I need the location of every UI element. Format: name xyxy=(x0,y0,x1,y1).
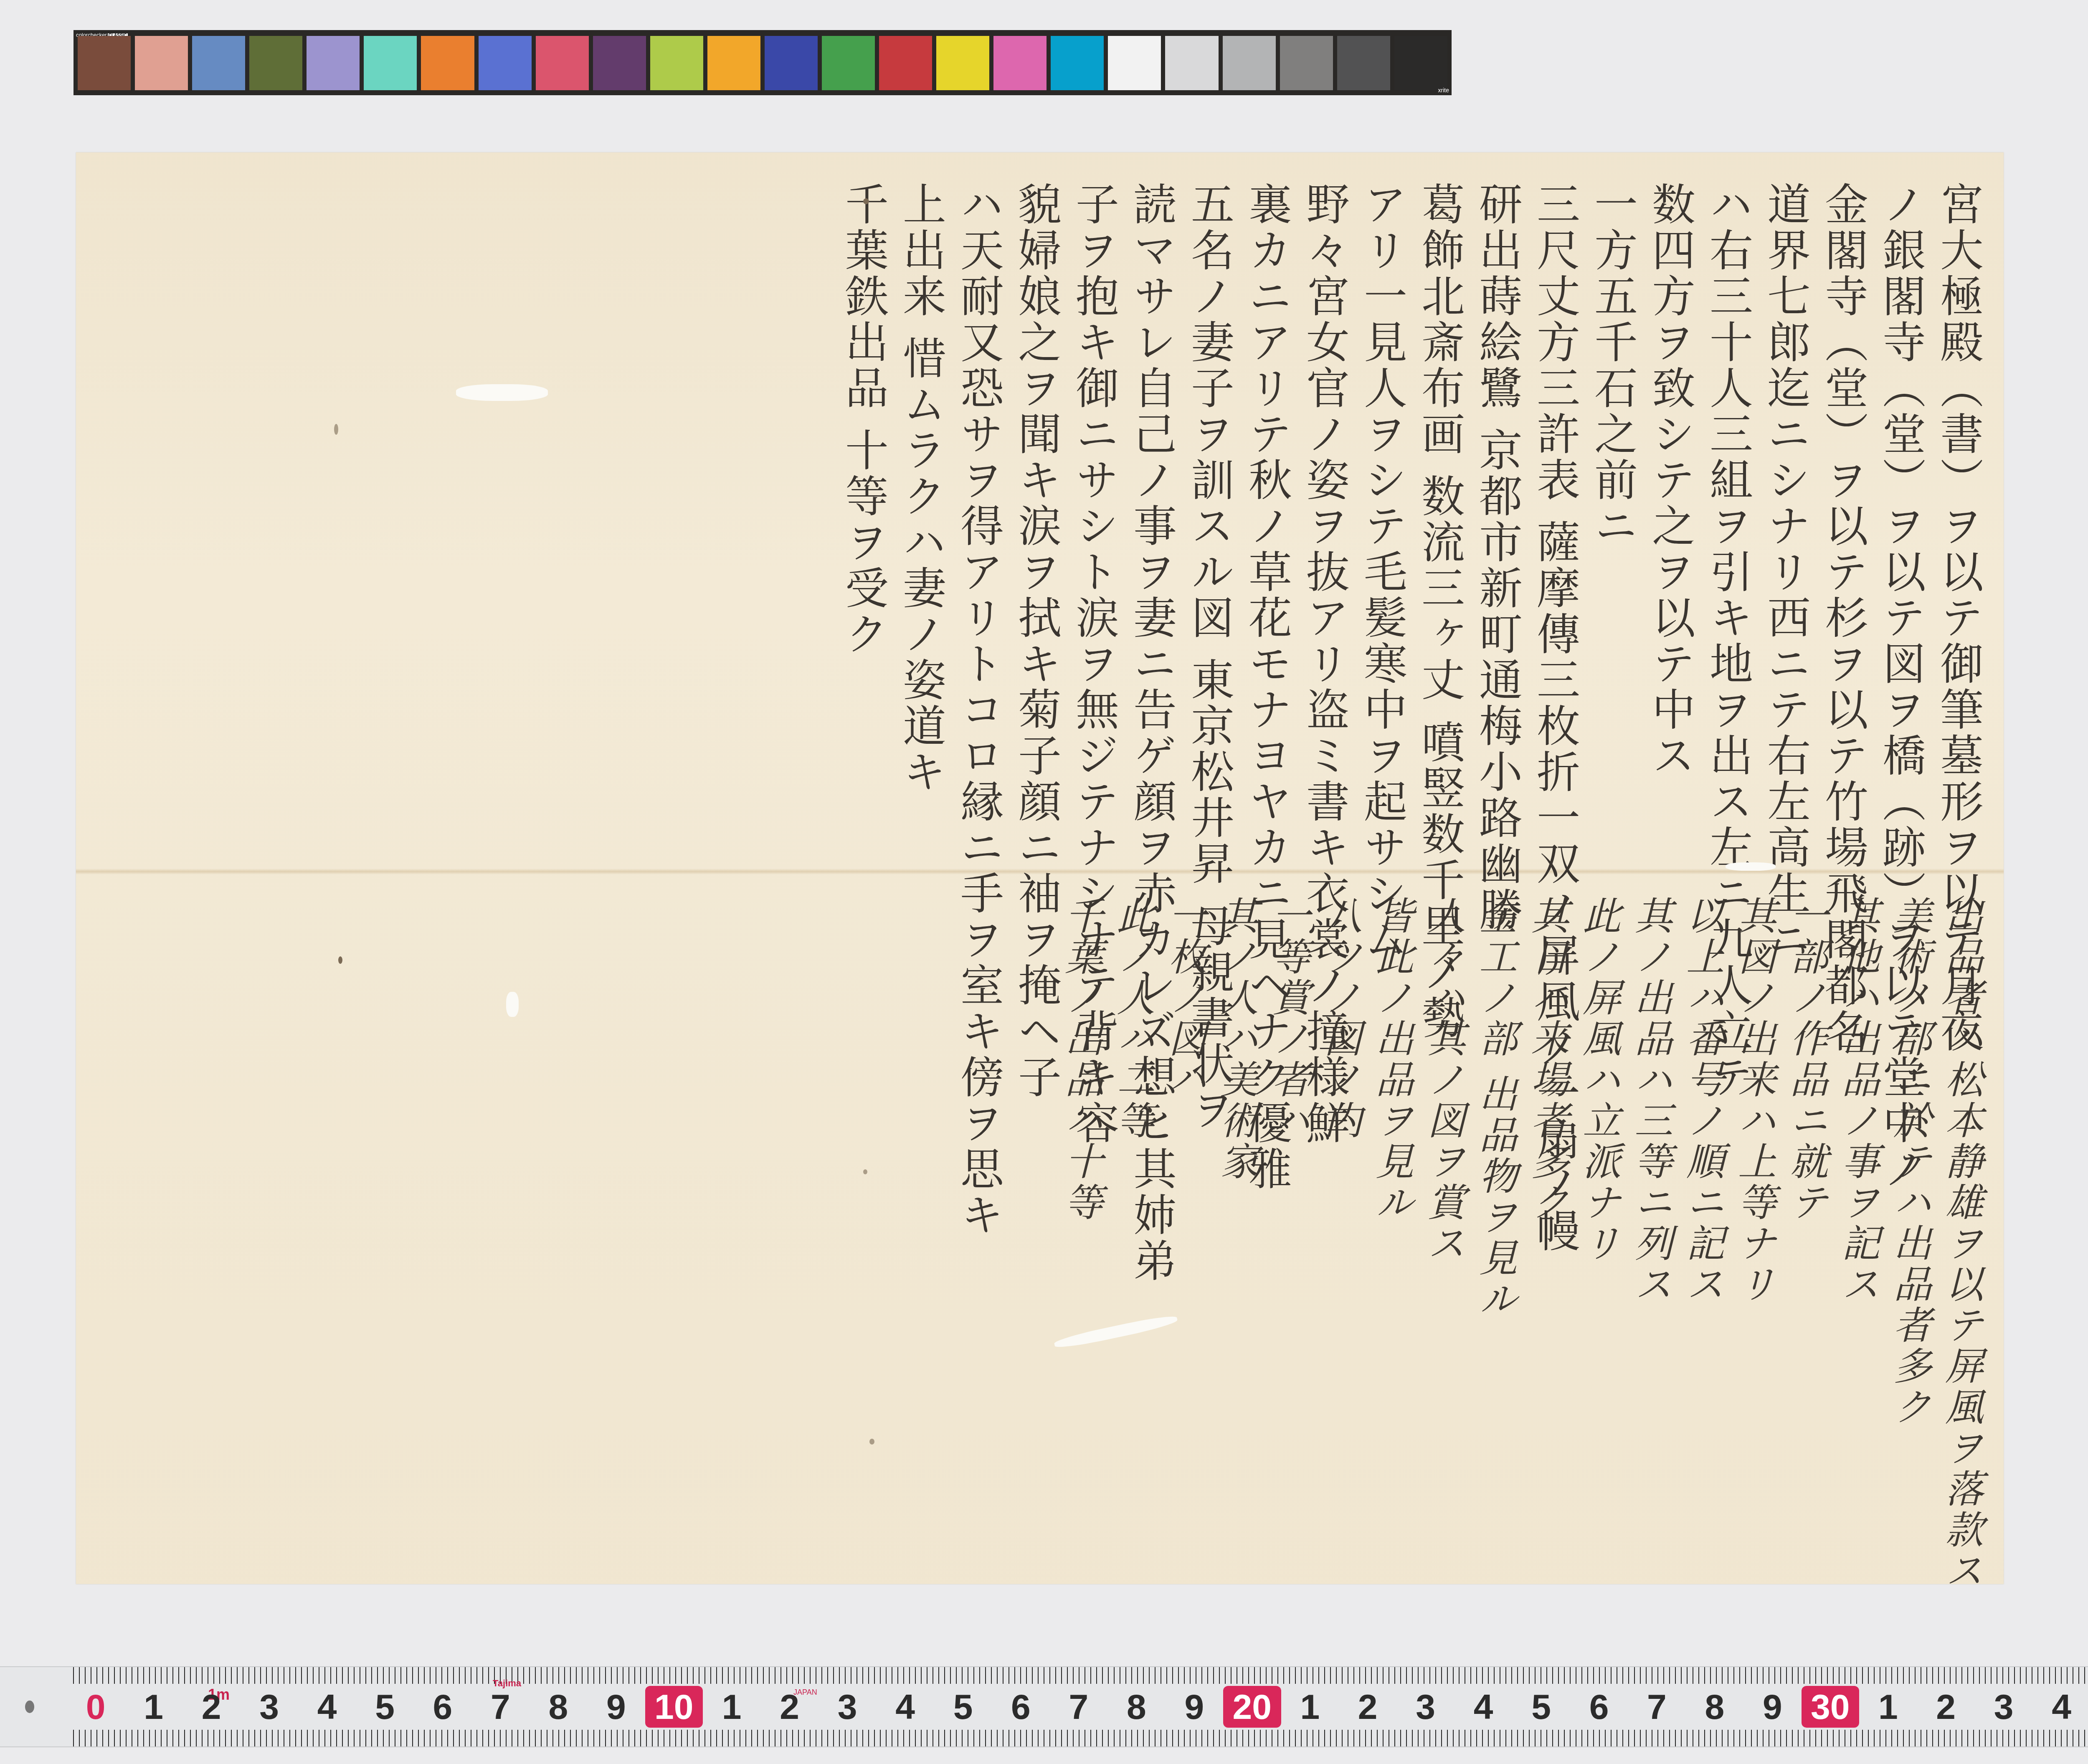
text-column: 子ヲ抱キ御ニサシト涙ヲ無ジテナシナテ背キ容 xyxy=(1065,182,1123,833)
color-patch xyxy=(307,36,360,90)
color-patches xyxy=(78,36,1447,90)
text-column: 一等賞ノ者ハ xyxy=(1262,896,1314,1564)
tape-number: 4 xyxy=(876,1686,934,1728)
text-column: ハ天耐又恐サヲ得アリトコロ縁ニ手ヲ室キ傍ヲ思キ xyxy=(950,182,1007,833)
tape-hook-hole xyxy=(25,1701,34,1713)
tape-number: 7 xyxy=(471,1686,529,1728)
ink-speck xyxy=(863,198,869,204)
tape-number: 4 xyxy=(298,1686,356,1728)
color-patch xyxy=(593,36,646,90)
color-patch xyxy=(1280,36,1333,90)
paper-tear xyxy=(506,992,519,1017)
paper-tear xyxy=(456,384,548,401)
tape-number: 2 xyxy=(1917,1686,1975,1728)
upper-text-block: 宮大極殿（書）ヲ以テ御筆墓形ヲ以テ月夜ノ銀閣寺（堂）ヲ以テ図ヲ橋（跡）ヲ以テ堂中… xyxy=(834,182,1987,833)
text-column: 三尺丈方三許表 薩摩傳三枚折一双ノ屏風ノ一扇ノ幔 xyxy=(1526,182,1584,833)
text-column: 道界七郎迄ニシナリ西ニテ右左高生ニ xyxy=(1756,182,1814,833)
tape-number: 5 xyxy=(1512,1686,1570,1728)
tape-number: 0 xyxy=(67,1686,124,1728)
color-patch xyxy=(1051,36,1104,90)
text-column: 其図ノ出来ハ上等ナリ xyxy=(1728,896,1780,1564)
tape-number: 2 xyxy=(760,1686,818,1728)
tape-number: 4 xyxy=(2032,1686,2088,1728)
text-column: 宮大極殿（書）ヲ以テ御筆墓形ヲ以テ月夜 xyxy=(1929,182,1987,833)
text-column: 上出来 惜ムラクハ妻ノ姿道キ xyxy=(892,182,950,833)
tape-number: 2 xyxy=(182,1686,240,1728)
tape-number: 4 xyxy=(1455,1686,1512,1728)
color-patch xyxy=(1337,36,1390,90)
text-column: 千葉ノ出品ハ十等 xyxy=(1055,896,1107,1564)
text-column: 研出蒔絵鷺 京都市新町通梅小路幽勝 xyxy=(1468,182,1526,833)
tape-number: 6 xyxy=(414,1686,471,1728)
text-column: 一枚ノ図ハ xyxy=(1158,896,1210,1564)
lower-text-block: 出品者ハ松本静雄ヲ以テ屏風ヲ落款ス美術ノ部ニ於テハ出品者多ク其他ハ出品ノ事ヲ記ス… xyxy=(1055,896,1987,1564)
tape-ticks-top xyxy=(73,1667,2088,1684)
text-column: 一方五千石之前ニ xyxy=(1584,182,1641,833)
ink-speck xyxy=(338,956,342,964)
color-patch xyxy=(879,36,932,90)
measuring-tape: 1m Tajima JAPAN 012345678910123456789201… xyxy=(0,1666,2088,1747)
tape-number: 3 xyxy=(240,1686,298,1728)
text-column: 其日ハ来場者多ク xyxy=(1521,896,1573,1564)
color-patch xyxy=(650,36,703,90)
ink-speck xyxy=(863,1169,867,1174)
tape-number: 3 xyxy=(1396,1686,1454,1728)
text-column: 野々宮女官ノ姿ヲ抜アリ盗ミ書キ衣裳ノ撞様鮮 xyxy=(1295,182,1353,833)
tape-number: 6 xyxy=(992,1686,1049,1728)
tape-number: 7 xyxy=(1050,1686,1107,1728)
tape-number: 20 xyxy=(1223,1686,1281,1728)
tape-number: 5 xyxy=(934,1686,992,1728)
ink-speck xyxy=(869,1439,874,1445)
paper-tear xyxy=(1726,862,1776,871)
manuscript-paper: 宮大極殿（書）ヲ以テ御筆墓形ヲ以テ月夜ノ銀閣寺（堂）ヲ以テ図ヲ橋（跡）ヲ以テ堂中… xyxy=(76,152,2004,1584)
color-patch xyxy=(707,36,760,90)
text-column: 皆此ノ出品ヲ見ル xyxy=(1366,896,1417,1564)
text-column: 千葉鉄出品 十等ヲ受ク xyxy=(834,182,892,833)
color-patch xyxy=(135,36,188,90)
color-patch xyxy=(364,36,417,90)
color-patch xyxy=(1394,36,1447,90)
xrite-logo: xrite xyxy=(1438,87,1449,94)
color-patch xyxy=(249,36,302,90)
text-column: 美術ノ部ニ於テハ出品者多ク xyxy=(1883,896,1935,1564)
tape-number: 3 xyxy=(1975,1686,2032,1728)
text-column: ハ右三十人三組ヲ引キ地ヲ出ス左ニ九人立テ xyxy=(1699,182,1756,833)
tape-numbers: 01234567891012345678920123456789301234 xyxy=(67,1686,2088,1728)
text-column: 出品者ハ松本静雄ヲ以テ屏風ヲ落款ス xyxy=(1935,896,1987,1564)
tape-number: 9 xyxy=(587,1686,645,1728)
text-column: 以上ハ番号ノ順ニ記ス xyxy=(1676,896,1728,1564)
text-column: 金工ノ部 出品物ヲ見ル xyxy=(1469,896,1521,1564)
color-checker-card: colorcheckerCLASSIC xrite xyxy=(73,30,1452,95)
color-patch xyxy=(1108,36,1161,90)
tape-ticks-bottom xyxy=(73,1730,2088,1746)
text-column: アリ一見人ヲシテ毛髪寒中ヲ起サシム xyxy=(1353,182,1411,833)
color-patch xyxy=(421,36,474,90)
tape-number: 10 xyxy=(645,1686,703,1728)
text-column: 読マサレ自己ノ事ヲ妻ニ告ゲ顔ヲ赤カレズ想ヒ其姉弟 xyxy=(1123,182,1180,833)
text-column: 葛飾北斎布画 数流三ヶ丈 噴竪数千里ノ勢 xyxy=(1411,182,1468,833)
text-column: 八ツノ図ノ内 xyxy=(1314,896,1366,1564)
text-column: 其ノ出品ハ三等ニ列ス xyxy=(1624,896,1676,1564)
tape-number: 9 xyxy=(1166,1686,1223,1728)
tape-number: 1 xyxy=(124,1686,182,1728)
tape-number: 7 xyxy=(1628,1686,1685,1728)
tape-number: 8 xyxy=(1107,1686,1165,1728)
color-patch xyxy=(479,36,532,90)
color-patch xyxy=(936,36,989,90)
text-column: 数四方ヲ致シテ之ヲ以テ中ス xyxy=(1641,182,1699,833)
text-column: 人々ハ其ノ図ヲ賞ス xyxy=(1417,896,1469,1564)
tape-number: 30 xyxy=(1802,1686,1859,1728)
text-column: 其他ハ出品ノ事ヲ記ス xyxy=(1832,896,1883,1564)
color-patch xyxy=(1165,36,1218,90)
tape-number: 9 xyxy=(1743,1686,1801,1728)
text-column: 貌婦娘之ヲ聞キ涙ヲ拭キ菊子顔ニ袖ヲ掩ヘ子 xyxy=(1007,182,1065,833)
text-column: 其ノ人ハ美術家 xyxy=(1210,896,1262,1564)
color-patch xyxy=(765,36,818,90)
tape-number: 1 xyxy=(1281,1686,1339,1728)
tape-number: 8 xyxy=(1686,1686,1743,1728)
color-patch xyxy=(192,36,245,90)
tape-number: 5 xyxy=(356,1686,413,1728)
color-patch xyxy=(78,36,131,90)
ink-speck xyxy=(334,424,338,435)
text-column: 此ノ屏風ハ立派ナリ xyxy=(1573,896,1624,1564)
text-column: 此ノ人ハ二等 xyxy=(1107,896,1158,1564)
color-patch xyxy=(822,36,875,90)
text-column: 一部ノ作品ニ就テ xyxy=(1780,896,1832,1564)
tape-number: 3 xyxy=(818,1686,876,1728)
tape-number: 2 xyxy=(1339,1686,1396,1728)
color-patch xyxy=(1223,36,1276,90)
tape-number: 1 xyxy=(703,1686,760,1728)
tape-number: 1 xyxy=(1859,1686,1917,1728)
tape-number: 6 xyxy=(1570,1686,1628,1728)
color-patch xyxy=(993,36,1047,90)
color-patch xyxy=(536,36,589,90)
text-column: ノ銀閣寺（堂）ヲ以テ図ヲ橋（跡）ヲ以テ堂中ノ xyxy=(1872,182,1929,833)
text-column: 金閣寺（堂）ヲ以テ杉ヲ以テ竹場飛閣都名 xyxy=(1814,182,1872,833)
tape-number: 8 xyxy=(530,1686,587,1728)
text-column: 裏カニアリテ秋ノ草花モナヨヤカニ見ヘナク優雅 xyxy=(1238,182,1295,833)
text-column: 五名ノ妻子ヲ訓スル図 東京松井昇 母親書状ヲ xyxy=(1180,182,1238,833)
